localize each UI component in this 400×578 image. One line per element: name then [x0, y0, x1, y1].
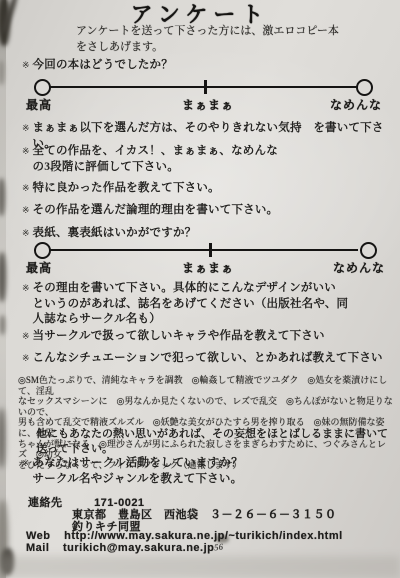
free-write-invitation: 他にもあなたの熱い思いがあれば、その妄想をほとばしるままに書いて 送って下さい。 [36, 427, 388, 457]
scale-midpoint-tick [209, 243, 212, 257]
question-logical-reason: ※ その作品を選んだ論理的理由を書いて下さい。 [22, 203, 278, 219]
question-text: その作品を選んだ論理的理由を書いて下さい。 [33, 203, 279, 219]
question-marker: ※ [22, 144, 30, 156]
question-circle-activity: ※ あなたはサークル活動をしていますか？ サークル名やジャンルを教えて下さい。 [22, 456, 243, 487]
scale-endpoint-right-circle [356, 79, 373, 96]
scale-label-best: 最高 [26, 96, 52, 113]
scale-label-worst: なめんな [333, 259, 385, 276]
scale-label-soso: まぁまぁ [175, 96, 241, 113]
scale-label-worst: なめんな [330, 96, 382, 113]
question-text: 特に良かった作品を教えて下さい。 [33, 181, 220, 197]
rating-scale-cover: 最高 まぁまぁ なめんな [0, 242, 400, 276]
scale-midpoint-tick [204, 80, 207, 94]
survey-reward-note: アンケートを送って下さった方には、激エロコピー本 をさしあげます。 [76, 24, 346, 56]
questionnaire-scan-page: アンケート アンケートを送って下さった方には、激エロコピー本 をさしあげます。 … [0, 0, 400, 578]
scale-label-best: 最高 [26, 259, 52, 276]
question-cover-opinion: ※ 表紙、裏表紙はいかがですか？ [22, 226, 196, 242]
question-desired-characters: ※ 当サークルで扱って欲しいキャラや作品を教えて下さい [22, 329, 325, 345]
web-row: Web http://www.may.sakura.ne.jp/~turikic… [26, 530, 343, 542]
mail-label: Mail [26, 542, 49, 554]
mail-row: Mail turikich@may.sakura.ne.jp [26, 542, 214, 554]
question-marker: ※ [22, 58, 30, 70]
mail-address: turikich@may.sakura.ne.jp [63, 542, 214, 554]
web-url: http://www.may.sakura.ne.jp/~turikich/in… [64, 530, 343, 542]
question-marker: ※ [22, 181, 30, 193]
question-marker: ※ [22, 351, 30, 363]
scale-endpoint-right-circle [360, 242, 377, 259]
scale-line [48, 249, 358, 251]
scale-label-soso: まぁまぁ [175, 259, 241, 276]
question-text: あなたはサークル活動をしていますか？ サークル名やジャンルを教えて下さい。 [33, 456, 243, 487]
scale-line [48, 86, 358, 88]
question-text: 当サークルで扱って欲しいキャラや作品を教えて下さい [33, 329, 325, 345]
question-desired-situation: ※ こんなシチュエーションで犯って欲しい、とかあれば教えて下さい [22, 351, 383, 367]
rating-scale-book: 最高 まぁまぁ なめんな [0, 79, 400, 113]
question-cover-reason: ※ その理由を書いて下さい。具体的にこんなデザインがいい というのがあれば、誌名… [22, 281, 348, 328]
contact-label: 連絡先 [28, 497, 63, 509]
question-marker: ※ [22, 456, 30, 468]
page-number: 56 [214, 542, 224, 553]
question-favorite-work: ※ 特に良かった作品を教えて下さい。 [22, 181, 220, 197]
question-text: その理由を書いて下さい。具体的にこんなデザインがいい というのがあれば、誌名をあ… [33, 281, 349, 328]
question-text: 全ての作品を、イカス！、まぁまぁ、なめんな の3段階に評価して下さい。 [33, 144, 278, 175]
scale-endpoint-left-circle [34, 79, 51, 96]
question-marker: ※ [22, 121, 30, 133]
question-text: 表紙、裏表紙はいかがですか？ [33, 226, 197, 242]
question-marker: ※ [22, 226, 30, 238]
question-marker: ※ [22, 203, 30, 215]
scan-artifact [0, 556, 400, 578]
question-text: こんなシチュエーションで犯って欲しい、とかあれば教えて下さい [33, 351, 383, 367]
scale-endpoint-left-circle [34, 242, 51, 259]
question-how-was-book: ※ 今回の本はどうでしたか？ [22, 58, 173, 74]
question-marker: ※ [22, 281, 30, 293]
web-label: Web [26, 530, 51, 542]
question-marker: ※ [22, 329, 30, 341]
question-rate-all-works: ※ 全ての作品を、イカス！、まぁまぁ、なめんな の3段階に評価して下さい。 [22, 144, 278, 175]
question-text: 今回の本はどうでしたか？ [33, 58, 173, 74]
